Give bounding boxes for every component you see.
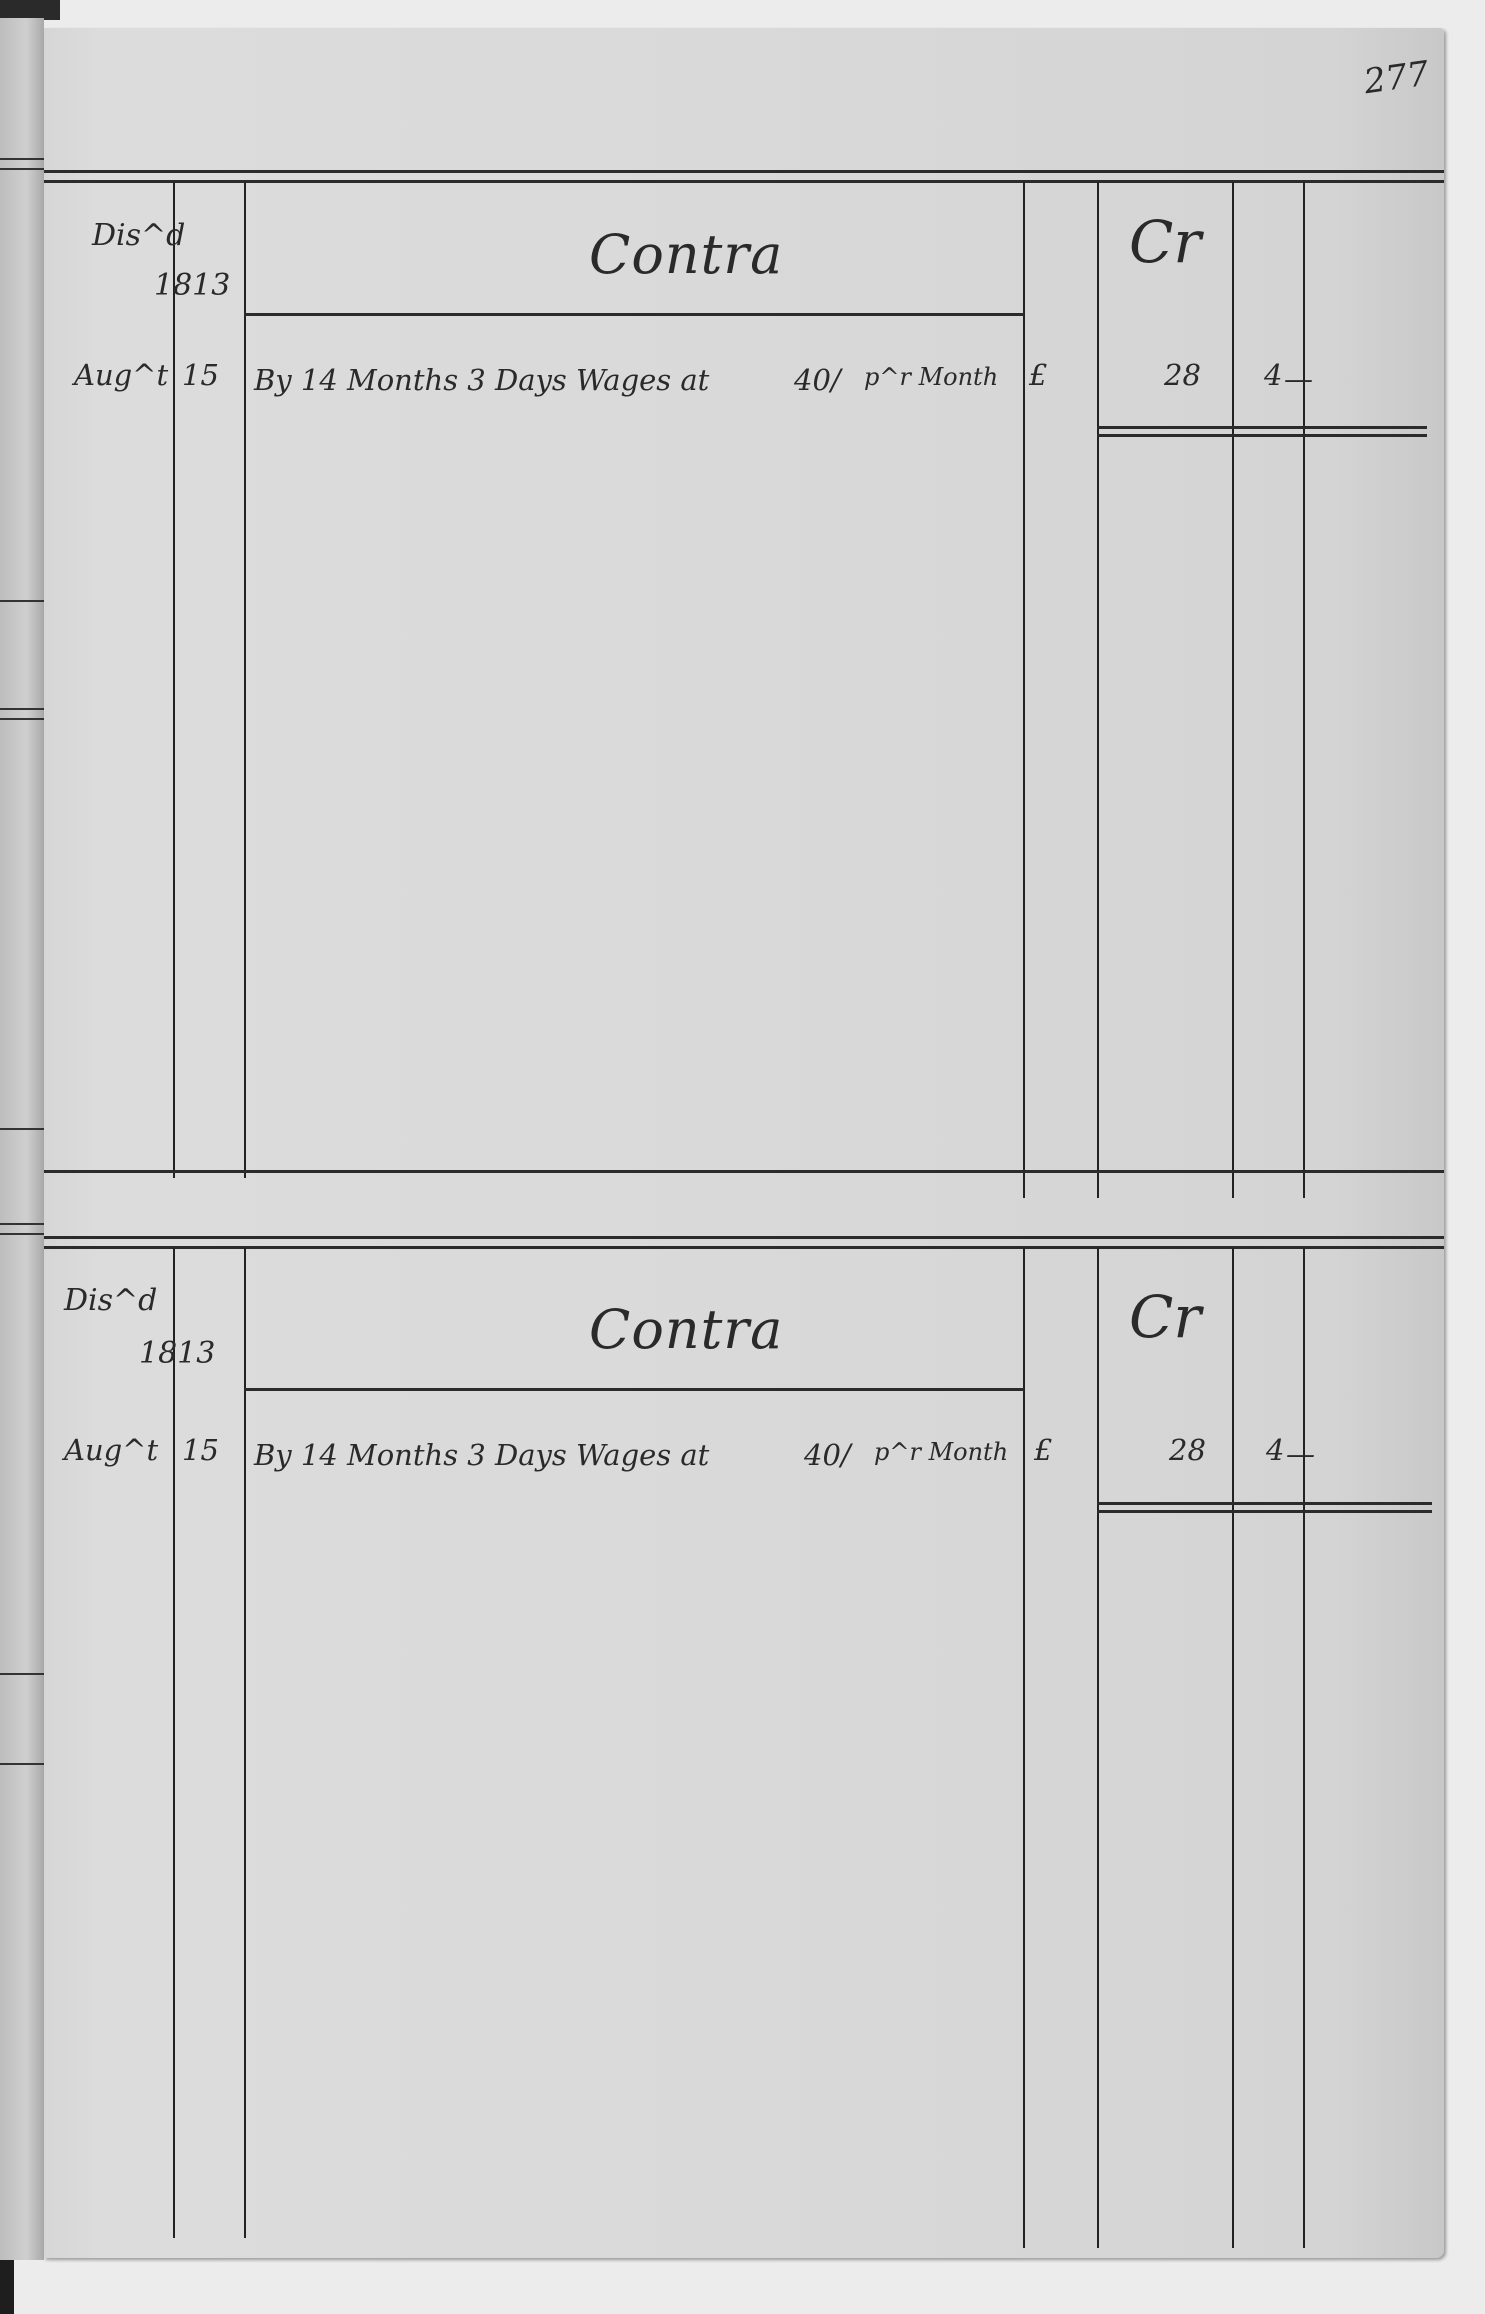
entry-per-month: p^r Month [874,1438,1008,1466]
column-rule-description [1023,182,1025,1198]
facing-page-rule [0,168,44,170]
section-top-rule [44,1236,1444,1239]
facing-page-rule [0,158,44,160]
total-rule [1097,1502,1432,1505]
ledger-page: 277 Dis^d 1813 Contra Cr Aug^t 15 By 14 … [44,28,1444,2258]
column-rule-pounds [1232,182,1234,1198]
section-top-rule [44,180,1444,183]
facing-page-rule [0,1763,44,1765]
entry-description: By 14 Months 3 Days Wages at [254,1438,709,1472]
contra-heading: Contra [589,223,783,286]
column-rule-shillings [1303,182,1305,1198]
facing-page-rule [0,600,44,602]
page-number: 277 [1362,54,1432,103]
entry-description: By 14 Months 3 Days Wages at [254,363,709,397]
credit-heading: Cr [1129,1283,1201,1351]
year-label: 1813 [139,1336,215,1371]
entry-day: 15 [182,1433,219,1467]
facing-page-edge [0,18,44,2260]
entry-pounds: 28 [1169,1433,1206,1467]
total-rule [1097,434,1427,437]
entry-shillings: 4 [1266,1433,1284,1467]
facing-page-rule [0,708,44,710]
entry-month: Aug^t [74,358,168,392]
book-binding-top [0,0,60,20]
facing-page-rule [0,1128,44,1130]
section-bottom-rule [44,1170,1444,1173]
entry-currency: £ [1029,358,1047,392]
column-rule-day [244,182,246,1178]
discharged-label: Dis^d [64,1283,157,1318]
column-rule-month [173,1248,175,2238]
entry-currency: £ [1034,1433,1052,1467]
entry-per-month: p^r Month [864,363,998,391]
total-rule [1097,426,1427,429]
heading-underline [244,1388,1024,1391]
column-rule-folio [1097,182,1099,1198]
credit-heading: Cr [1129,208,1201,276]
discharged-label: Dis^d [92,218,185,253]
entry-shillings: 4 [1264,358,1282,392]
column-rule-pounds [1232,1248,1234,2248]
entry-pence: — [1286,1437,1315,1471]
column-rule-day [244,1248,246,2238]
year-label: 1813 [154,268,230,303]
facing-page-rule [0,1233,44,1235]
facing-page-rule [0,1673,44,1675]
section-top-rule [44,1246,1444,1249]
heading-underline [244,313,1024,316]
total-rule [1097,1510,1432,1513]
entry-rate: 40/ [794,363,841,397]
section-top-rule [44,170,1444,173]
column-rule-month [173,182,175,1178]
entry-pounds: 28 [1164,358,1201,392]
entry-rate: 40/ [804,1438,851,1472]
contra-heading: Contra [589,1298,783,1361]
entry-month: Aug^t [64,1433,158,1467]
entry-pence: — [1284,362,1313,396]
column-rule-description [1023,1248,1025,2248]
book-binding-bottom [0,2260,14,2314]
entry-day: 15 [182,358,219,392]
column-rule-shillings [1303,1248,1305,2248]
column-rule-folio [1097,1248,1099,2248]
facing-page-rule [0,1223,44,1225]
facing-page-rule [0,718,44,720]
